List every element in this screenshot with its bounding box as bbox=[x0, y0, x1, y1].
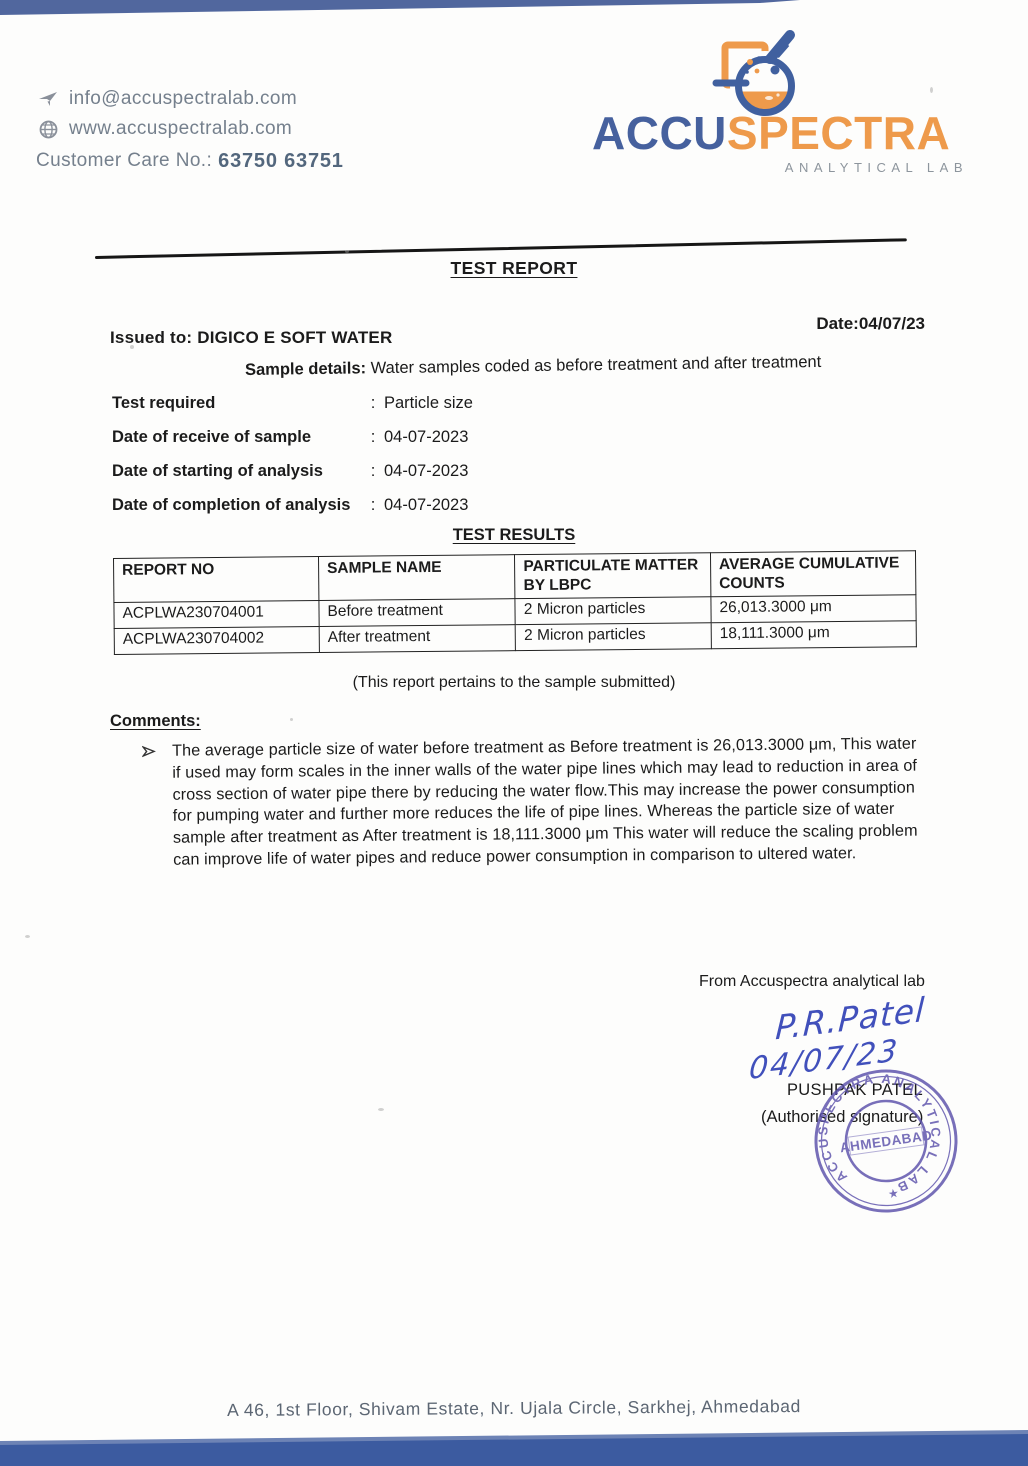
scan-speck bbox=[290, 718, 293, 721]
globe-icon bbox=[36, 118, 60, 140]
scan-speck bbox=[345, 250, 349, 253]
stamp-star: ★ bbox=[887, 1186, 900, 1201]
pertains-note: (This report pertains to the sample subm… bbox=[0, 674, 1028, 692]
scan-speck bbox=[25, 935, 30, 938]
report-date: Date:04/07/23 bbox=[816, 314, 925, 334]
header-divider-line bbox=[95, 238, 907, 259]
col-sample-name: SAMPLE NAME bbox=[318, 555, 515, 601]
table-header-row: REPORT NO SAMPLE NAME PARTICULATE MATTER… bbox=[114, 551, 916, 602]
issued-to-label: Issued to: bbox=[110, 328, 192, 347]
comment-item: The average particle size of water befor… bbox=[142, 734, 918, 872]
brand-wordmark: ACCUSPECTRA bbox=[592, 110, 968, 156]
issued-to-line: Issued to: DIGICO E SOFT WATER bbox=[110, 328, 392, 348]
sample-details-value: Water samples coded as before treatment … bbox=[371, 353, 822, 377]
col-particulate-matter: PARTICULATE MATTER BY LBPC bbox=[515, 553, 711, 599]
brand-tagline: ANALYTICAL LAB bbox=[592, 160, 968, 175]
col-report-no: REPORT NO bbox=[114, 557, 319, 603]
scan-speck bbox=[378, 1108, 384, 1111]
brand-spectra: SPECTRA bbox=[727, 107, 950, 159]
scanned-test-report-page: info@accuspectralab.com www.accuspectral… bbox=[0, 0, 1028, 1466]
detail-row-date-received: Date of receive of sample : 04-07-2023 bbox=[112, 428, 672, 462]
detail-row-test-required: Test required : Particle size bbox=[112, 394, 672, 428]
test-details-list: Test required : Particle size Date of re… bbox=[112, 394, 672, 530]
col-average-counts: AVERAGE CUMULATIVE COUNTS bbox=[710, 551, 916, 597]
from-lab-line: From Accuspectra analytical lab bbox=[699, 973, 925, 991]
footer-address: A 46, 1st Floor, Shivam Estate, Nr. Ujal… bbox=[0, 1394, 1028, 1422]
scan-edge-band-top bbox=[0, 0, 1028, 18]
sample-details-line: Sample details: Water samples coded as b… bbox=[245, 353, 821, 380]
lab-round-stamp: ACCUSPECTRA ANALYTICAL LAB AHMEDABAD ★ bbox=[796, 1051, 977, 1232]
report-title: TEST REPORT bbox=[0, 258, 1028, 279]
sample-details-label: Sample details: bbox=[245, 359, 366, 379]
scan-speck bbox=[130, 345, 134, 349]
detail-row-date-completed: Date of completion of analysis : 04-07-2… bbox=[112, 496, 672, 530]
website-row: www.accuspectralab.com bbox=[36, 114, 344, 144]
comment-text: The average particle size of water befor… bbox=[172, 734, 918, 872]
contact-block: info@accuspectralab.com www.accuspectral… bbox=[36, 84, 344, 176]
issued-to-value: DIGICO E SOFT WATER bbox=[197, 328, 392, 347]
website-text: www.accuspectralab.com bbox=[69, 118, 292, 140]
detail-row-date-started: Date of starting of analysis : 04-07-202… bbox=[112, 462, 672, 496]
arrow-bullet-icon bbox=[142, 741, 173, 872]
test-results-table: REPORT NO SAMPLE NAME PARTICULATE MATTER… bbox=[113, 550, 917, 654]
brand-accu: ACCU bbox=[592, 107, 727, 159]
email-row: info@accuspectralab.com bbox=[36, 84, 344, 114]
customer-care-number: 63750 63751 bbox=[218, 150, 344, 173]
scan-edge-band-bottom bbox=[0, 1426, 1028, 1466]
customer-care-row: Customer Care No.: 63750 63751 bbox=[36, 146, 344, 176]
test-results-title: TEST RESULTS bbox=[0, 526, 1028, 545]
send-icon bbox=[36, 88, 60, 110]
customer-care-label: Customer Care No.: bbox=[36, 150, 212, 172]
scan-speck bbox=[930, 87, 933, 93]
email-text: info@accuspectralab.com bbox=[69, 88, 297, 110]
comments-heading: Comments: bbox=[110, 712, 201, 731]
